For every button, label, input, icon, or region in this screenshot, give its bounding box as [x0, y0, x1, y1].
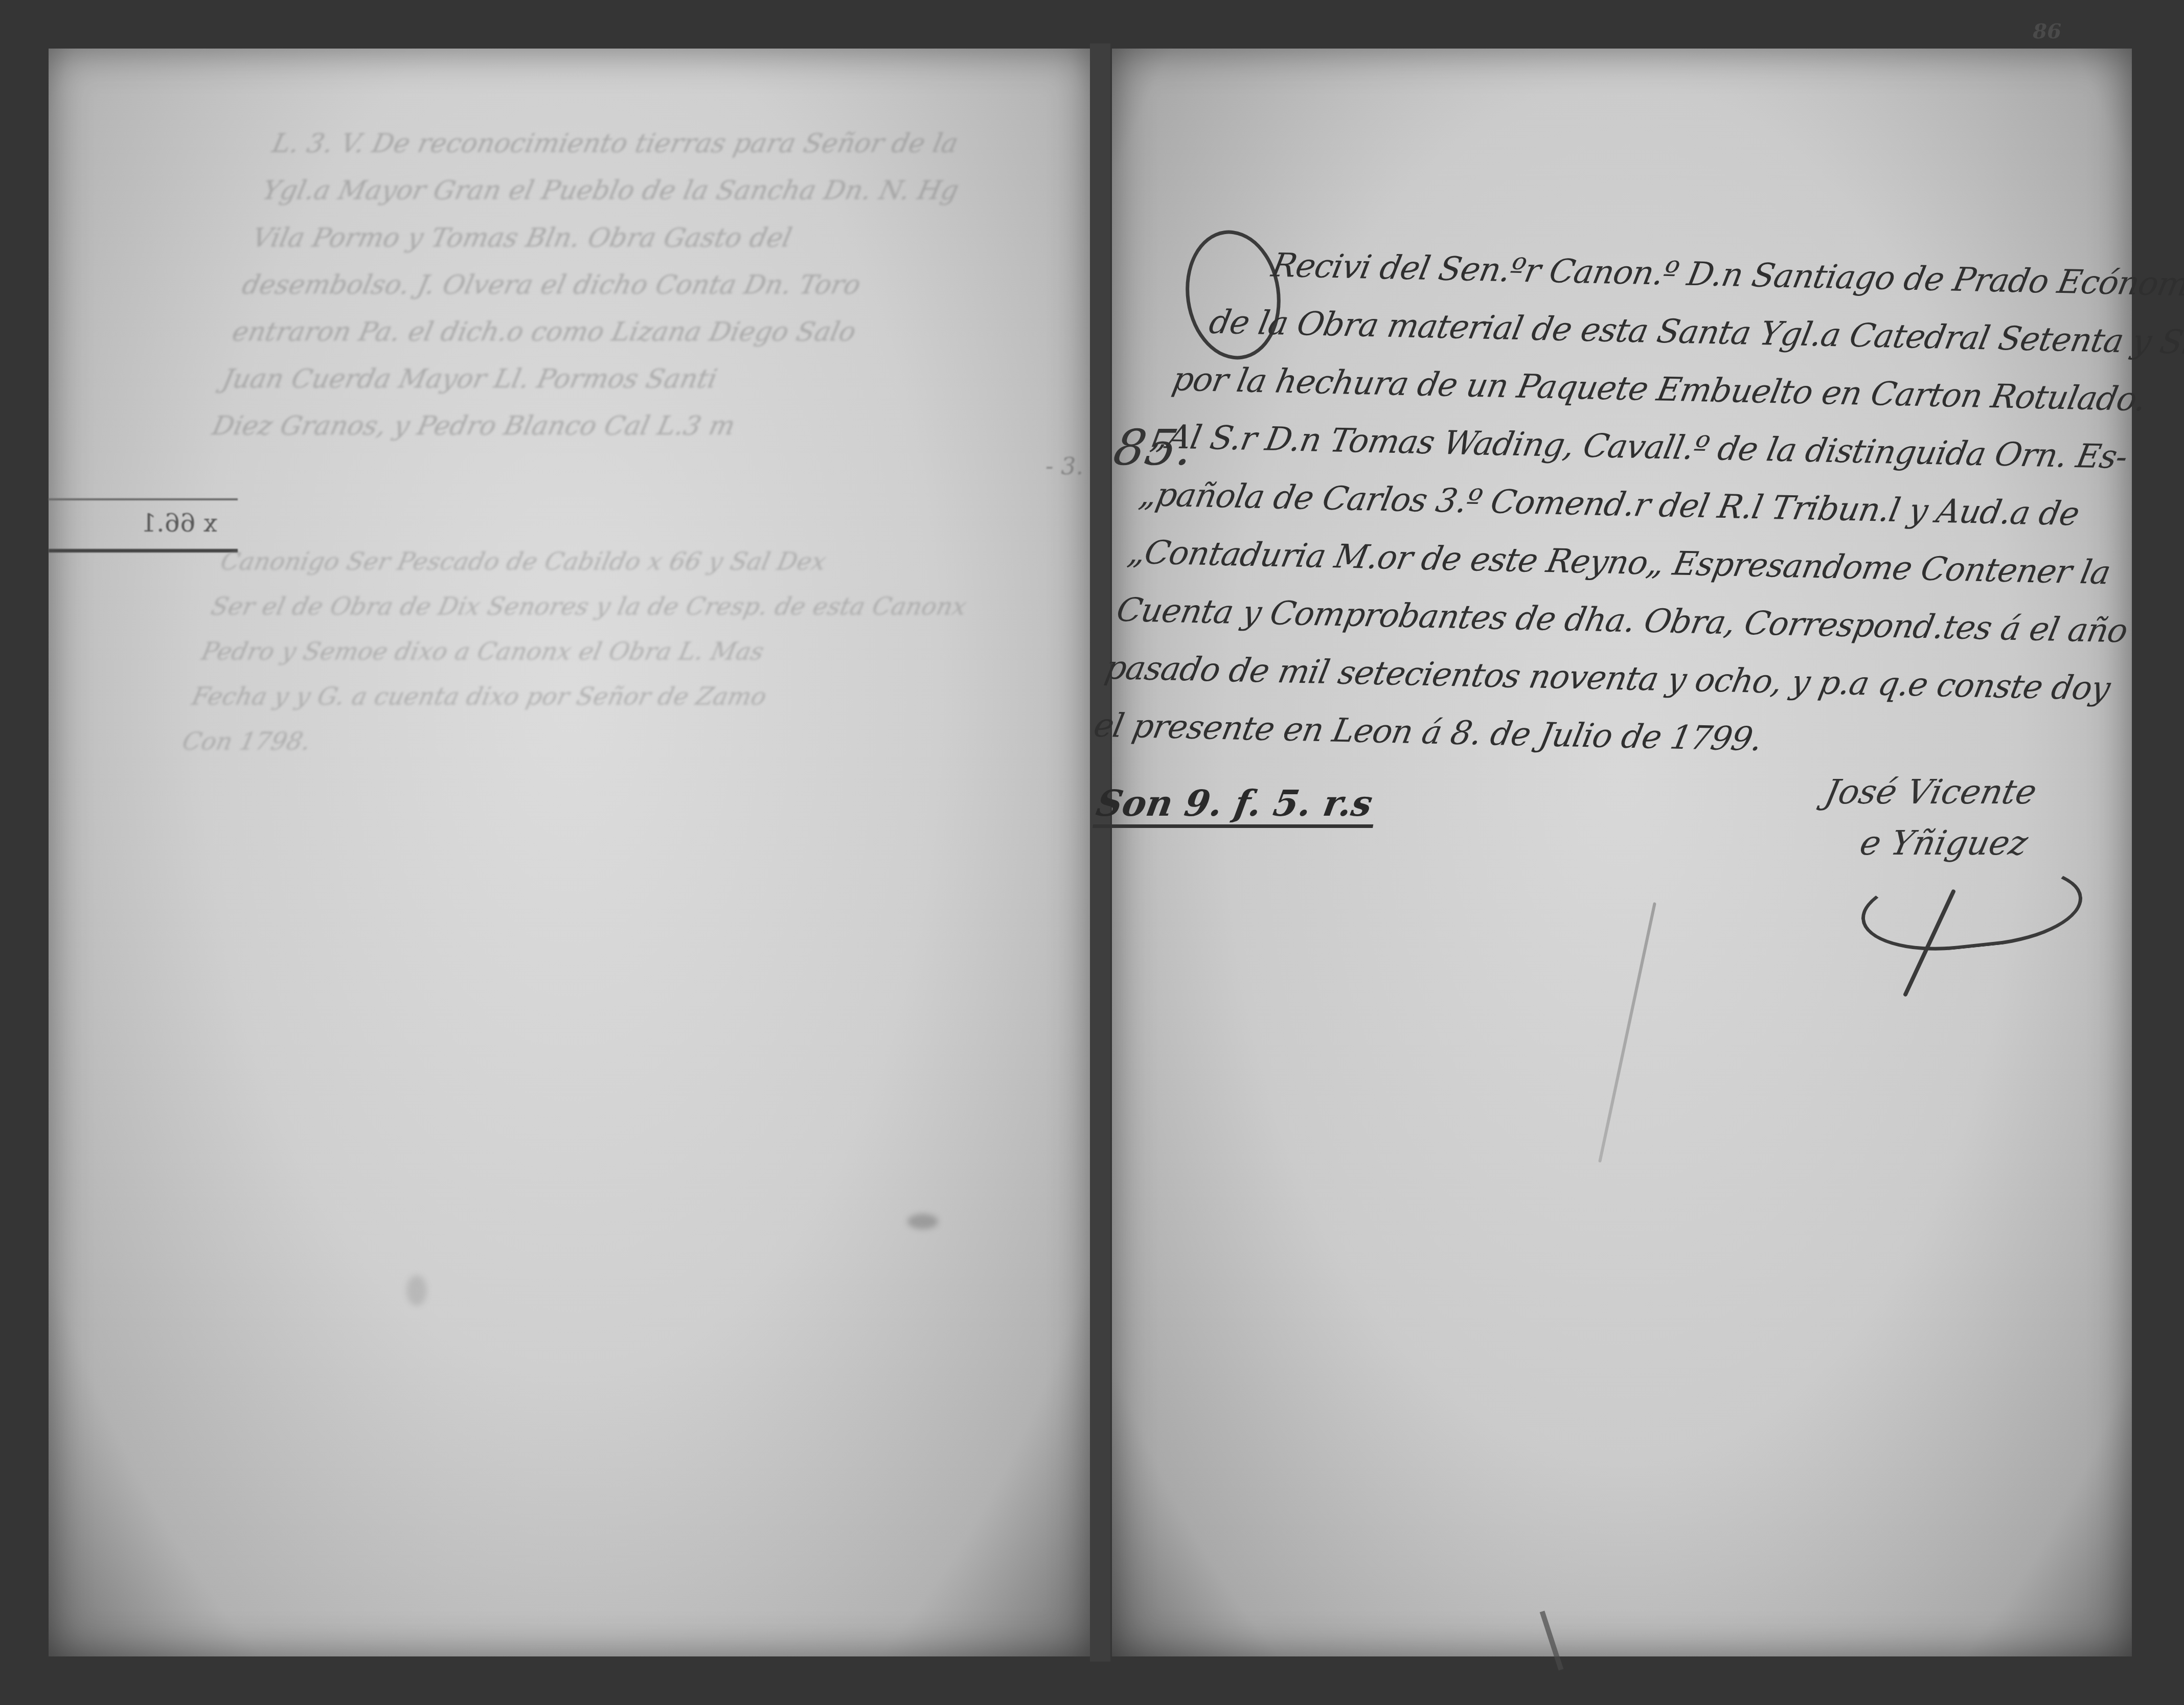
receipt-entry-text: Recivi del Sen.ºr Canon.º D.n Santiago d…	[1088, 235, 2118, 774]
bleed-line: Pedro y Semoe dixo a Canonx el Obra L. M…	[197, 629, 1102, 674]
sum-note: Son 9. f. 5. r.s	[1093, 782, 1381, 828]
book-spine	[1090, 43, 1110, 1662]
bleed-line: Con 1798.	[178, 719, 1082, 764]
bleed-line: entraron Pa. el dich.o como Lizana Diego…	[228, 308, 1082, 355]
mirrored-margin-box: x 66.1	[49, 498, 238, 552]
bleed-line: desembolso. J. Olvera el dicho Conta Dn.…	[238, 261, 1091, 308]
folio-number: 86	[2033, 19, 2061, 43]
ink-stain	[406, 1275, 427, 1306]
bleed-line: Vila Pormo y Tomas Bln. Obra Gasto del	[248, 214, 1102, 261]
signature-block: José Vicente e Yñiguez	[1809, 767, 2118, 869]
signature-line-2: e Yñiguez	[1809, 818, 2106, 869]
bleed-line: Canonigo Ser Pescado de Cabildo x 66 y S…	[216, 539, 1121, 584]
bleed-line: Fecha y y G. a cuenta dixo por Señor de …	[188, 674, 1092, 719]
bleed-line: L. 3. V. De reconocimiento tierras para …	[268, 120, 1122, 167]
bleed-line: Ser el de Obra de Dix Senores y la de Cr…	[207, 584, 1111, 629]
left-margin-sum: - 3.	[1045, 452, 1083, 480]
signature-line-1: José Vicente	[1820, 767, 2117, 818]
bleed-line: Diez Granos, y Pedro Blanco Cal L.3 m	[208, 402, 1062, 449]
bleed-line: Ygl.a Mayor Gran el Pueblo de la Sancha …	[258, 167, 1111, 214]
ink-stain	[907, 1214, 938, 1229]
left-page: L. 3. V. De reconocimiento tierras para …	[49, 49, 1091, 1656]
bleed-line: Juan Cuerda Mayor Ll. Pormos Santi	[218, 355, 1072, 402]
margin-box-text: x 66.1	[141, 509, 217, 538]
bleed-through-text-top: L. 3. V. De reconocimiento tierras para …	[208, 120, 1122, 449]
bleed-through-text-middle: Canonigo Ser Pescado de Cabildo x 66 y S…	[178, 539, 1121, 764]
